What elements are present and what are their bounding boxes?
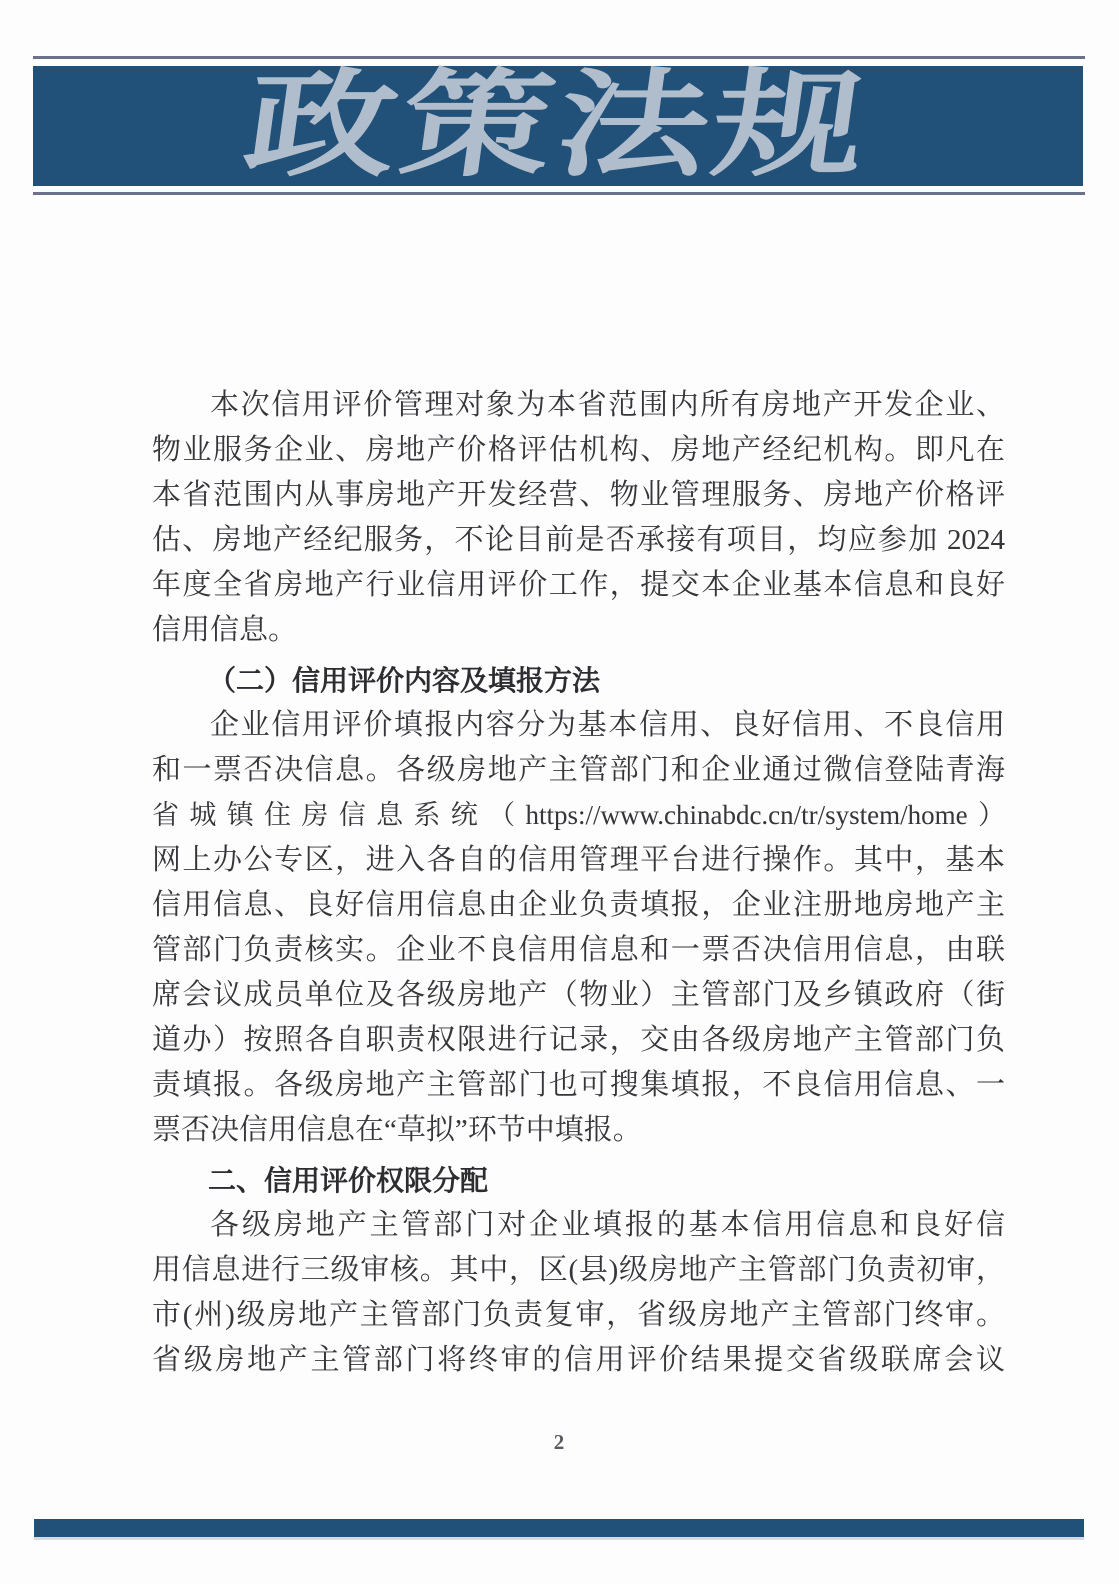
paragraph2-line9: 责填报。各级房地产主管部门也可搜集填报，不良信用信息、一: [152, 1063, 1005, 1108]
paragraph2-line6: 管部门负责核实。企业不良信用信息和一票否决信用信息，由联: [152, 928, 1005, 973]
document-body: 本次信用评价管理对象为本省范围内所有房地产开发企业、 物业服务企业、房地产价格评…: [152, 383, 1005, 1383]
paragraph2-line3-url: 省城镇住房信息系统（https://www.chinabdc.cn/tr/sys…: [152, 793, 1005, 838]
header-banner: 政策法规: [33, 66, 1083, 186]
paragraph3-line3: 市(州)级房地产主管部门负责复审，省级房地产主管部门终审。: [152, 1293, 1005, 1338]
paragraph2-line10: 票否决信用信息在“草拟”环节中填报。: [152, 1108, 1005, 1153]
page-number: 2: [0, 1430, 1119, 1455]
paragraph1-line1: 本次信用评价管理对象为本省范围内所有房地产开发企业、: [152, 383, 1005, 428]
paragraph3-line1: 各级房地产主管部门对企业填报的基本信用信息和良好信: [152, 1203, 1005, 1248]
paragraph2-line4: 网上办公专区，进入各自的信用管理平台进行操作。其中，基本: [152, 838, 1005, 883]
banner-title: 政策法规: [238, 66, 878, 186]
paragraph2-line2: 和一票否决信息。各级房地产主管部门和企业通过微信登陆青海: [152, 748, 1005, 793]
footer-bar: [34, 1519, 1084, 1537]
paragraph3-line2: 用信息进行三级审核。其中，区(县)级房地产主管部门负责初审，: [152, 1248, 1005, 1293]
section-heading-authority: 二、信用评价权限分配: [152, 1158, 1005, 1203]
header-bottom-rule: [33, 192, 1085, 195]
paragraph1-line4: 估、房地产经纪服务，不论目前是否承接有项目，均应参加 2024: [152, 518, 1005, 563]
document-page: 政策法规 本次信用评价管理对象为本省范围内所有房地产开发企业、 物业服务企业、房…: [0, 0, 1119, 1584]
paragraph2-line5: 信用信息、良好信用信息由企业负责填报，企业注册地房地产主: [152, 883, 1005, 928]
paragraph1-line3: 本省范围内从事房地产开发经营、物业管理服务、房地产价格评: [152, 473, 1005, 518]
paragraph1-line5: 年度全省房地产行业信用评价工作，提交本企业基本信息和良好: [152, 563, 1005, 608]
paragraph2-line7: 席会议成员单位及各级房地产（物业）主管部门及乡镇政府（街: [152, 973, 1005, 1018]
paragraph2-line8: 道办）按照各自职责权限进行记录，交由各级房地产主管部门负: [152, 1018, 1005, 1063]
paragraph3-line4: 省级房地产主管部门将终审的信用评价结果提交省级联席会议: [152, 1338, 1005, 1383]
paragraph1-line6: 信用信息。: [152, 608, 1005, 653]
section-heading-credit-content: （二）信用评价内容及填报方法: [152, 658, 1005, 703]
paragraph1-line2: 物业服务企业、房地产价格评估机构、房地产经纪机构。即凡在: [152, 428, 1005, 473]
paragraph2-line1: 企业信用评价填报内容分为基本信用、良好信用、不良信用: [152, 703, 1005, 748]
